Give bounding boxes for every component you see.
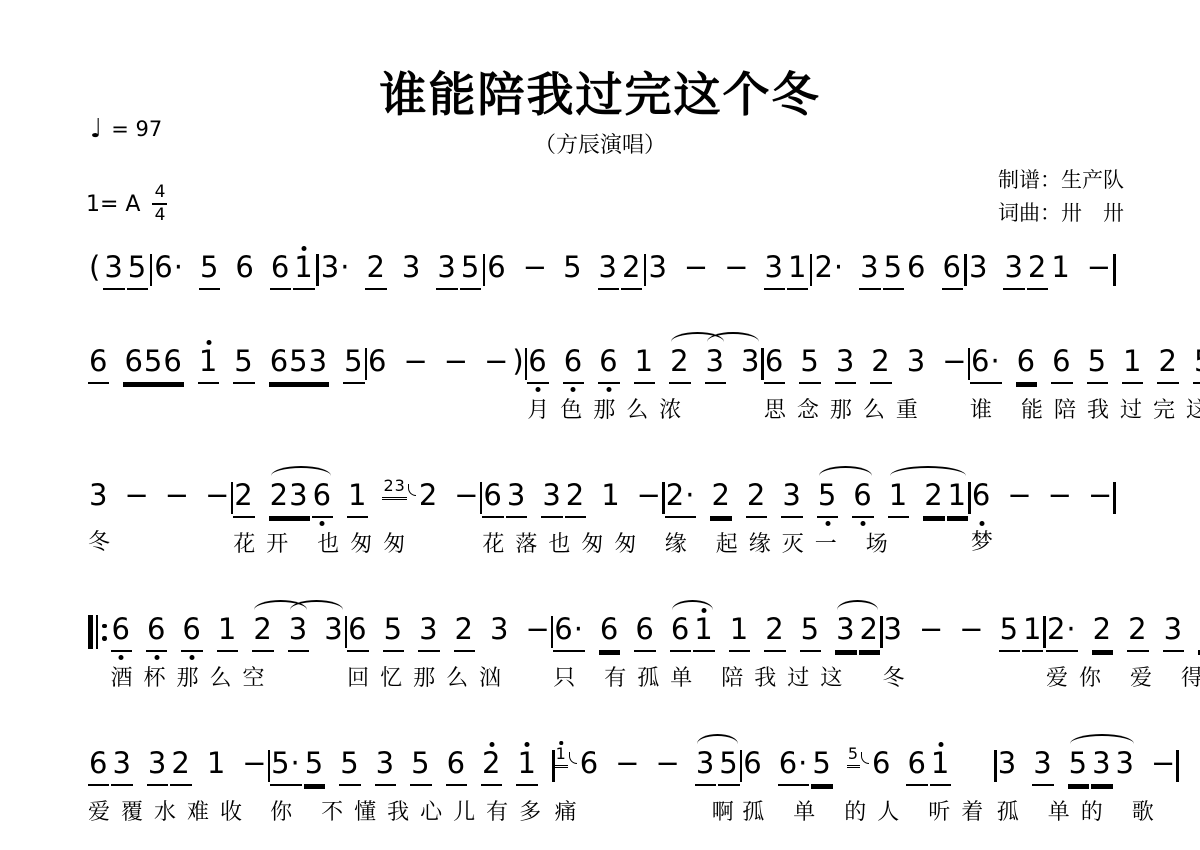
- music-system: 6661233酒杯那么空65323−回忆那么汹6·666112532只 有孤单 …: [88, 612, 1116, 692]
- slur-arc: [271, 466, 331, 476]
- note-token: 3: [695, 746, 716, 786]
- note-token: 3: [705, 344, 726, 384]
- lyric-text: 孤 单的 歌: [997, 795, 1177, 826]
- lyric-text: 爱覆水难收: [88, 795, 268, 826]
- notation-symbol: (: [88, 250, 101, 288]
- measure: 66·55661孤 单 的人 听着: [742, 746, 994, 826]
- note-token: 656: [123, 344, 183, 384]
- notes-row: 63321−: [482, 478, 662, 518]
- slur-arc: [890, 466, 966, 476]
- notes-row: 6·5661: [153, 250, 314, 290]
- lyric-text: 思念那么重: [764, 393, 968, 424]
- note-token: 2: [252, 612, 273, 652]
- note-token: 1: [729, 612, 750, 652]
- note-token: 6: [871, 746, 892, 784]
- credit-arranger: 制谱：生产队: [998, 164, 1124, 197]
- note-token: 6: [598, 344, 619, 384]
- note-token: 5: [799, 344, 820, 384]
- note-token: 653: [269, 344, 329, 384]
- grace-curve-icon: [408, 484, 416, 496]
- measure: 5·5535621你 不懂我心儿有多: [270, 746, 552, 826]
- note-token: 3: [375, 746, 396, 786]
- measure: 3321−: [968, 250, 1112, 290]
- note-token: 3: [883, 612, 904, 650]
- measure: 6−−−梦: [971, 478, 1113, 556]
- note-token: 3: [764, 250, 785, 290]
- note-token: 3: [111, 746, 132, 786]
- note-token: 3: [906, 344, 927, 382]
- lyric-text: 花落也匆匆: [482, 527, 662, 558]
- note-token: 6: [446, 746, 467, 786]
- tempo-marking: ♩ = 97: [90, 116, 162, 142]
- grace-curve-icon: [861, 752, 869, 764]
- notation-symbol: ): [511, 344, 524, 382]
- note-token: 5·: [270, 746, 302, 786]
- notes-row: 3−−31: [647, 250, 808, 290]
- note-token: 5: [304, 746, 325, 786]
- music-system: (356·56613·23356−5323−−312·35663321−: [88, 250, 1116, 290]
- note-token: 5: [800, 612, 821, 652]
- duration-dash: −: [1086, 250, 1112, 288]
- duration-dash: −: [655, 746, 681, 784]
- lyric-text: 只 有孤单 陪我过这: [553, 661, 880, 692]
- note-token: 1: [347, 478, 368, 518]
- measure: 33533−孤 单的 歌: [997, 746, 1177, 826]
- note-token: 5: [199, 250, 220, 290]
- note-token: 3: [835, 612, 856, 652]
- measure: 63321−爱覆水难收: [88, 746, 268, 826]
- notes-row: 3−−−: [88, 478, 230, 516]
- note-token: 3: [968, 250, 989, 288]
- duration-dash: −: [443, 344, 469, 382]
- sheet-music-page: 谁能陪我过完这个冬 （方辰演唱） ♩ = 97 1= A 4 4 制谱：生产队 …: [0, 0, 1200, 850]
- notes-row: 3·2335: [320, 250, 481, 290]
- barline: [1113, 254, 1116, 286]
- measure: 6·5661: [153, 250, 314, 290]
- note-token: 6: [181, 612, 202, 652]
- measure: 65323−回忆那么汹: [347, 612, 551, 692]
- duration-dash: −: [918, 612, 944, 650]
- notes-row: 6·66512532: [970, 344, 1200, 384]
- measure: 16−−35痛啊: [555, 746, 740, 826]
- note-token: 6: [270, 250, 291, 290]
- note-token: 3: [1163, 612, 1184, 652]
- note-token: 3: [88, 478, 109, 516]
- notes-row: 33533−: [997, 746, 1177, 786]
- note-token: 5: [127, 250, 148, 290]
- measure: 6−532: [486, 250, 642, 290]
- note-token: 1: [634, 344, 655, 384]
- repeat-dots: [102, 624, 107, 641]
- note-token: 6: [312, 478, 333, 518]
- note-token: 3: [647, 250, 668, 288]
- note-token: 6: [234, 250, 255, 288]
- grace-note: 1: [555, 745, 568, 766]
- note-token: 5: [460, 250, 481, 290]
- notes-row: 6·666112532: [553, 612, 880, 652]
- note-token: 2·: [1046, 612, 1078, 652]
- measure: 6661233酒杯那么空: [111, 612, 345, 692]
- duration-dash: −: [123, 478, 149, 516]
- lyric-text: 花开 也匆匆: [233, 527, 479, 558]
- note-token: 1: [1022, 612, 1043, 652]
- music-system: 3−−−冬22361232−花开 也匆匆63321−花落也匆匆2·2235612…: [88, 478, 1116, 558]
- note-token: 2: [870, 344, 891, 384]
- note-token: 5: [410, 746, 431, 786]
- note-token: 1: [888, 478, 909, 518]
- note-token: 2: [481, 746, 502, 786]
- duration-dash: −: [204, 478, 230, 516]
- note-token: 3: [1032, 746, 1053, 786]
- note-token: 1: [1050, 250, 1071, 288]
- notes-row: 3321−: [968, 250, 1112, 290]
- lyric-text: 痛啊: [555, 795, 740, 826]
- note-token: 6: [906, 746, 927, 786]
- notes-row: 6−−−: [971, 478, 1113, 516]
- duration-dash: −: [723, 250, 749, 288]
- notes-row: 66·55661: [742, 746, 994, 786]
- measure: 63321−花落也匆匆: [482, 478, 662, 558]
- note-token: 2: [565, 478, 586, 518]
- lyric-text: 你 不懂我心儿有多: [270, 795, 552, 826]
- note-token: 3: [288, 612, 309, 652]
- barline: [483, 254, 486, 286]
- note-token: 6: [563, 344, 584, 384]
- note-token: 2: [746, 478, 767, 518]
- note-token: 5: [1087, 344, 1108, 384]
- lyric-text: 酒杯那么空: [111, 661, 345, 692]
- duration-dash: −: [1150, 746, 1176, 784]
- barline: [644, 254, 647, 286]
- notes-row: 6661233: [527, 344, 761, 384]
- duration-dash: −: [958, 612, 984, 650]
- note-token: 3: [147, 746, 168, 786]
- note-token: 5: [383, 612, 404, 652]
- note-token: 6: [367, 344, 388, 382]
- measure: 2·3566: [813, 250, 962, 290]
- note-token: 6: [742, 746, 763, 784]
- notes-row: 6−532: [486, 250, 642, 290]
- note-token: 3: [740, 344, 761, 382]
- note-token: 1: [1122, 344, 1143, 384]
- note-token: 6: [1016, 344, 1037, 384]
- repeat-start-sign: [88, 615, 107, 649]
- note-token: 6: [1051, 344, 1072, 384]
- barline: [810, 254, 813, 286]
- note-token: 3: [103, 250, 124, 290]
- note-token: 3: [401, 250, 422, 288]
- barline: [150, 254, 153, 286]
- notes-row: 6661233: [111, 612, 345, 652]
- note-token: 2·: [813, 250, 845, 288]
- lyric-word: 啊: [712, 795, 734, 826]
- note-token: 3: [997, 746, 1018, 784]
- duration-dash: −: [614, 746, 640, 784]
- barline: [1113, 482, 1116, 514]
- note-token: 2: [170, 746, 191, 786]
- song-title: 谁能陪我过完这个冬: [0, 58, 1200, 125]
- notes-row: 63321−: [88, 746, 268, 786]
- notes-row: 6656156535: [88, 344, 365, 384]
- duration-dash: −: [241, 746, 267, 784]
- lyric-text: 月色那么浓: [527, 393, 761, 424]
- note-token: 3: [436, 250, 457, 290]
- note-token: 2·: [665, 478, 697, 518]
- notes-row: 2·3566: [813, 250, 962, 290]
- quarter-note-icon: ♩: [90, 116, 102, 142]
- note-token: 6: [634, 612, 655, 652]
- lyric-text: 冬: [88, 525, 230, 556]
- lyric-text: 回忆那么汹: [347, 661, 551, 692]
- note-token: 6: [111, 612, 132, 652]
- note-token: 5: [343, 344, 364, 384]
- key-time-signature: 1= A 4 4: [86, 184, 167, 224]
- note-token: 1: [693, 612, 714, 652]
- measure: 22361232−花开 也匆匆: [233, 478, 479, 558]
- measure: 6661233月色那么浓: [527, 344, 761, 424]
- duration-dash: −: [683, 250, 709, 288]
- note-token: 5: [817, 478, 838, 518]
- slur-arc: [837, 600, 878, 610]
- note-token: 3: [598, 250, 619, 290]
- note-token: 2: [923, 478, 944, 518]
- note-token: 2: [1157, 344, 1178, 384]
- notes-row: 3−−51: [883, 612, 1044, 652]
- note-token: 3: [1091, 746, 1112, 786]
- note-token: 2: [1127, 612, 1148, 652]
- note-token: 1: [206, 746, 227, 784]
- notes-row: (35: [88, 250, 148, 290]
- lyric-text: 爱你 爱 得那么久: [1046, 661, 1200, 692]
- note-token: 2: [454, 612, 475, 652]
- note-token: 5: [233, 344, 254, 384]
- grace-note: 5: [847, 745, 860, 766]
- note-token: 1: [516, 746, 537, 786]
- measure: (35: [88, 250, 148, 290]
- note-token: 1: [293, 250, 314, 290]
- slur-arc: [707, 332, 760, 342]
- lyric-text: 孤 单 的人 听着: [742, 795, 994, 826]
- note-token: 2: [233, 478, 254, 518]
- note-token: 3: [781, 478, 802, 518]
- note-token: 2: [859, 612, 880, 652]
- note-token: 1: [930, 746, 951, 786]
- note-token: 5: [999, 612, 1020, 652]
- note-token: 3: [323, 612, 344, 650]
- time-signature-bottom: 4: [155, 207, 166, 224]
- note-token: 6: [599, 612, 620, 652]
- note-token: 1: [198, 344, 219, 384]
- performer-subtitle: （方辰演唱）: [0, 128, 1200, 159]
- note-token: 6: [486, 250, 507, 288]
- note-token: 6: [579, 746, 600, 784]
- slur-arc: [1070, 734, 1134, 744]
- barline: [316, 254, 319, 286]
- duration-dash: −: [1087, 478, 1113, 516]
- barline: [1176, 750, 1179, 782]
- note-token: 6: [764, 344, 785, 384]
- notes-row: 6−−−): [367, 344, 525, 382]
- time-signature-top: 4: [155, 184, 166, 201]
- repeat-thick-bar: [88, 615, 93, 649]
- note-token: 5: [1193, 344, 1200, 384]
- notes-row: 65323−: [347, 612, 551, 652]
- lyric-text: 冬: [883, 661, 1044, 692]
- slur-arc: [697, 734, 738, 744]
- note-token: 1: [947, 478, 968, 518]
- notes-row: 22361232−: [233, 478, 479, 518]
- note-token: 3: [1003, 250, 1024, 290]
- note-token: 3·: [320, 250, 352, 288]
- note-token: 6·: [778, 746, 810, 786]
- note-token: 2: [418, 478, 439, 516]
- note-token: 2: [1092, 612, 1113, 652]
- note-token: 5: [1068, 746, 1089, 786]
- duration-dash: −: [524, 612, 550, 650]
- note-token: 3: [489, 612, 510, 650]
- note-token: 2: [365, 250, 386, 290]
- note-token: 6: [852, 478, 873, 518]
- credit-composer: 词曲：卅 卅: [998, 197, 1124, 230]
- note-token: 1: [600, 478, 621, 516]
- note-token: 3: [541, 478, 562, 518]
- note-token: 6·: [970, 344, 1002, 384]
- barline: [964, 254, 967, 286]
- score-area: (356·56613·23356−5323−−312·35663321−6656…: [88, 250, 1116, 826]
- note-token: 6: [942, 250, 963, 290]
- note-token: 2: [764, 612, 785, 652]
- note-token: 2: [710, 478, 731, 518]
- repeat-dot: [102, 636, 107, 641]
- measure: 6−−−): [367, 344, 525, 391]
- measure: 6·66512532谁 能陪我过完这个: [970, 344, 1200, 424]
- notes-row: 65323−: [764, 344, 968, 384]
- note-token: 5: [718, 746, 739, 786]
- note-token: 6: [482, 478, 503, 518]
- note-token: 5: [883, 250, 904, 290]
- grace-note: 23: [382, 477, 406, 498]
- credits-block: 制谱：生产队 词曲：卅 卅: [998, 164, 1124, 229]
- slur-arc: [254, 600, 307, 610]
- duration-dash: −: [941, 344, 967, 382]
- music-system: 63321−爱覆水难收5·5535621你 不懂我心儿有多16−−35痛啊66·…: [88, 746, 1116, 826]
- note-token: 6: [670, 612, 691, 652]
- notes-row: 2·22356121: [665, 478, 968, 518]
- note-token: 6·: [553, 612, 585, 652]
- note-token: 2: [1027, 250, 1048, 290]
- duration-dash: −: [402, 344, 428, 382]
- slur-arc: [290, 600, 343, 610]
- note-token: 2: [621, 250, 642, 290]
- key-label: 1= A: [86, 192, 140, 217]
- duration-dash: −: [1047, 478, 1073, 516]
- note-token: 6: [527, 344, 548, 384]
- note-token: 5: [811, 746, 832, 786]
- note-token: 2: [669, 344, 690, 384]
- slur-arc: [672, 600, 713, 610]
- notes-row: 5·5535621: [270, 746, 552, 786]
- notes-row: 16−−35: [555, 746, 740, 786]
- note-token: 1: [787, 250, 808, 290]
- measure: 3−−51冬: [883, 612, 1044, 692]
- lyric-text: 缘 起缘灭一 场: [665, 527, 968, 558]
- note-token: 1: [217, 612, 238, 652]
- measure: 65323−思念那么重: [764, 344, 968, 424]
- duration-dash: −: [453, 478, 479, 516]
- grace-curve-icon: [569, 752, 577, 764]
- measure: 6656156535: [88, 344, 365, 393]
- measure: 3−−31: [647, 250, 808, 290]
- duration-dash: −: [522, 250, 548, 288]
- tempo-value: = 97: [111, 117, 162, 141]
- note-token: 6: [906, 250, 927, 288]
- note-token: 5: [339, 746, 360, 786]
- note-token: 3: [1115, 746, 1136, 784]
- note-token: 3: [859, 250, 880, 290]
- note-token: 3: [835, 344, 856, 384]
- measure: 2·22356121缘 起缘灭一 场: [665, 478, 968, 558]
- note-token: 6: [347, 612, 368, 652]
- notes-row: 2·223566: [1046, 612, 1200, 652]
- note-token: 3: [506, 478, 527, 518]
- note-token: 6: [146, 612, 167, 652]
- music-system: 66561565356−−−)6661233月色那么浓65323−思念那么重6·…: [88, 344, 1116, 424]
- note-token: 6: [88, 344, 109, 384]
- repeat-thin-bar: [96, 615, 98, 649]
- duration-dash: −: [1006, 478, 1032, 516]
- duration-dash: −: [636, 478, 662, 516]
- note-token: 6: [971, 478, 992, 516]
- note-token: 5: [562, 250, 583, 288]
- note-token: 3: [418, 612, 439, 652]
- lyric-text: 梦: [971, 525, 1113, 556]
- note-token: 23: [269, 478, 310, 518]
- measure: 2·223566爱你 爱 得那么久: [1046, 612, 1200, 692]
- lyric-text: 谁 能陪我过完这个: [970, 393, 1200, 424]
- slur-arc: [671, 332, 724, 342]
- slur-arc: [819, 466, 872, 476]
- measure: 6·666112532只 有孤单 陪我过这: [553, 612, 880, 692]
- measure: 3·2335: [320, 250, 481, 290]
- duration-dash: −: [164, 478, 190, 516]
- time-signature: 4 4: [152, 184, 167, 224]
- lyric-word: 痛: [555, 795, 577, 826]
- repeat-dot: [102, 624, 107, 629]
- measure: 3−−−冬: [88, 478, 230, 556]
- duration-dash: −: [483, 344, 509, 382]
- note-token: 6: [88, 746, 109, 786]
- note-token: 6·: [153, 250, 185, 288]
